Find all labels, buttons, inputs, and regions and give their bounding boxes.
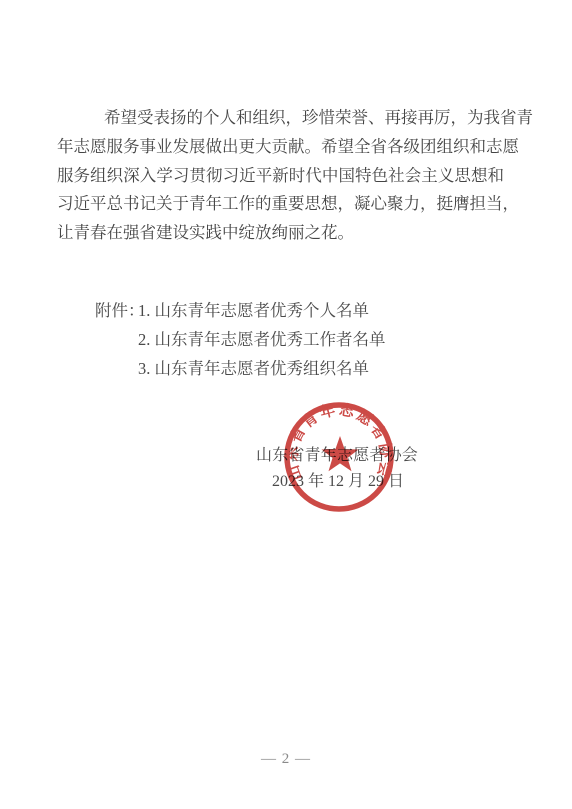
paragraph-line: 服务组织深入学习贯彻习近平新时代中国特色社会主义思想和 [57,162,504,191]
body-paragraph: 希望受表扬的个人和组织，珍惜荣誉、再接再厉，为我省青 年志愿服务事业发展做出更大… [57,104,504,248]
document-page: 希望受表扬的个人和组织，珍惜荣誉、再接再厉，为我省青 年志愿服务事业发展做出更大… [0,0,572,809]
attachment-item: 2. 山东青年志愿者优秀工作者名单 [138,330,386,349]
signature-date: 2023 年 12 月 29 日 [272,468,404,491]
attachment-row: 3. 山东青年志愿者优秀组织名单 [95,355,386,384]
paragraph-line: 习近平总书记关于青年工作的重要思想，凝心聚力，挺膺担当， [57,190,504,219]
paragraph-line: 让青春在强省建设实践中绽放绚丽之花。 [57,219,504,248]
paragraph-line: 希望受表扬的个人和组织，珍惜荣誉、再接再厉，为我省青 [57,104,504,133]
attachment-row: 附件：1. 山东青年志愿者优秀个人名单 [95,297,386,326]
attachment-item: 1. 山东青年志愿者优秀个人名单 [138,301,369,320]
signature-organization: 山东省青年志愿者协会 [256,442,418,465]
attachment-item: 3. 山东青年志愿者优秀组织名单 [138,359,369,378]
paragraph-line: 年志愿服务事业发展做出更大贡献。希望全省各级团组织和志愿 [57,133,504,162]
attachment-list: 附件：1. 山东青年志愿者优秀个人名单 2. 山东青年志愿者优秀工作者名单 3.… [95,297,386,383]
attachment-row: 2. 山东青年志愿者优秀工作者名单 [95,326,386,355]
attachment-label: 附件： [95,297,138,326]
page-number: — 2 — [0,751,572,768]
